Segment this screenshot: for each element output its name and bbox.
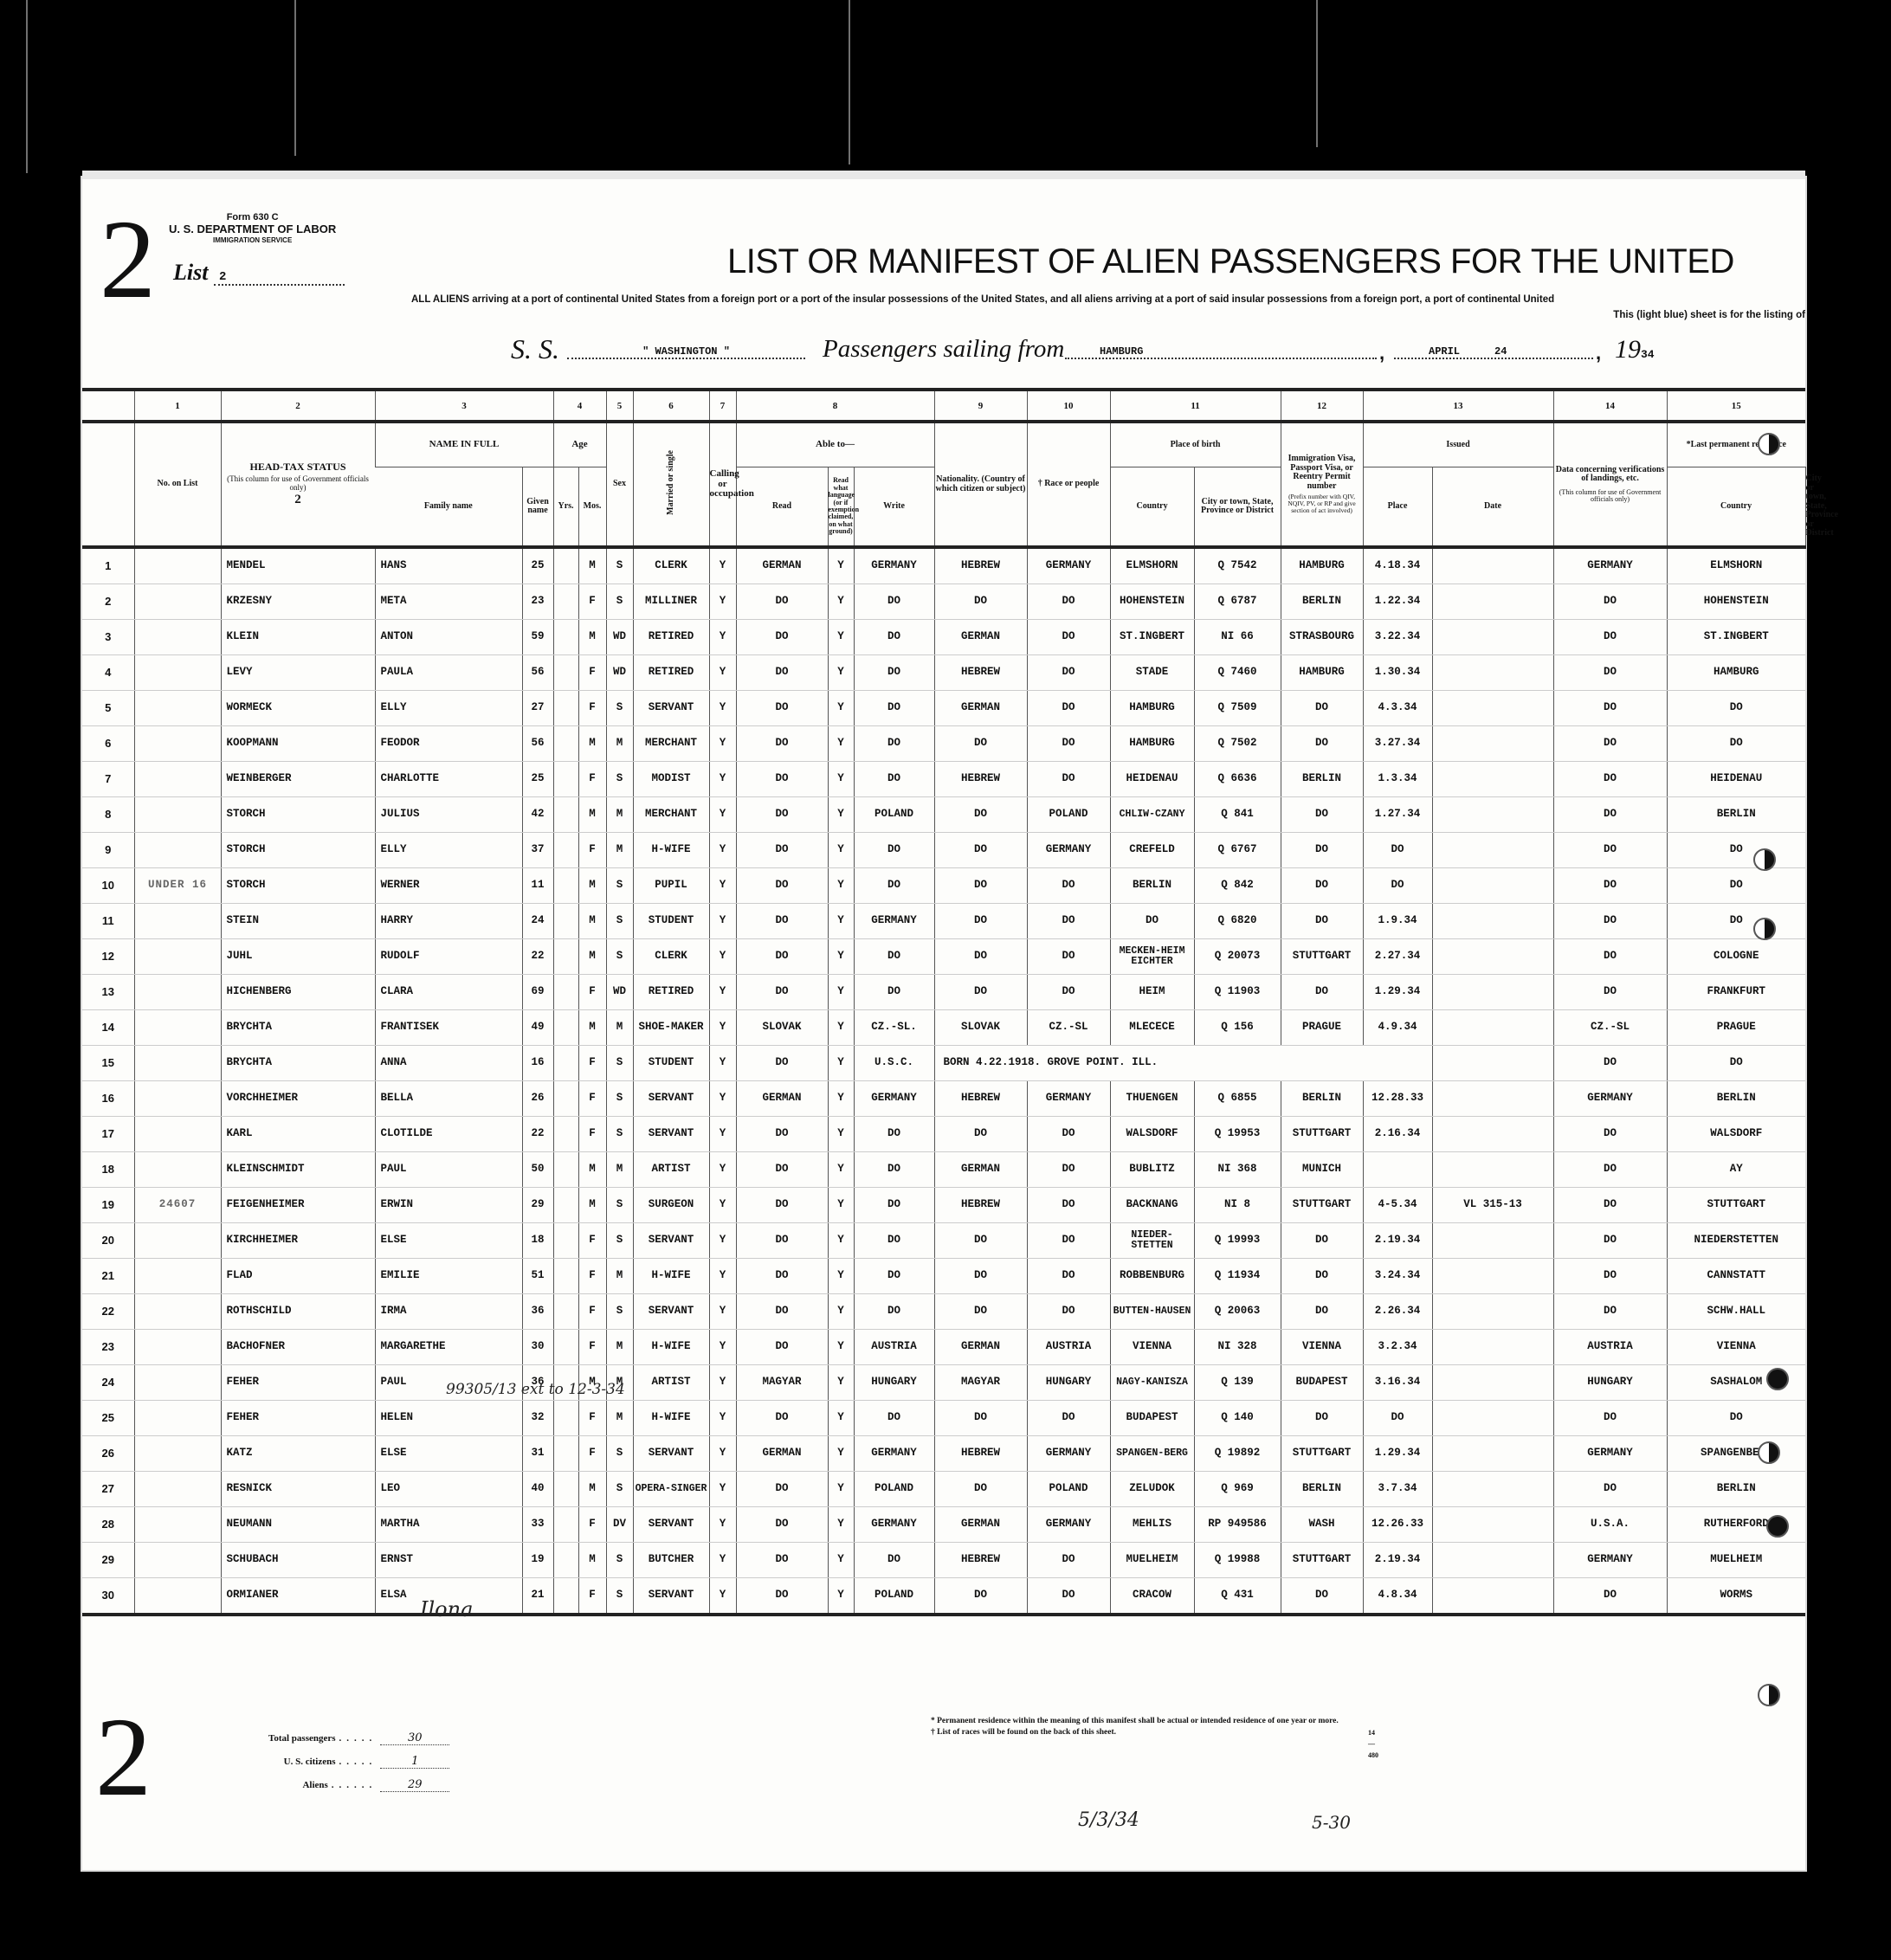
verification	[1432, 1081, 1553, 1117]
issued-date: DO	[1363, 1401, 1432, 1436]
issued-place: HAMBURG	[1281, 655, 1363, 691]
age-months	[553, 975, 578, 1010]
form-number: Form 630 C	[169, 212, 336, 223]
service: IMMIGRATION SERVICE	[169, 236, 336, 244]
residence-city: WALSDORF	[1667, 1117, 1805, 1152]
can-read: Y	[709, 691, 736, 726]
head-tax-status	[134, 620, 221, 655]
visa-number: Q 431	[1194, 1578, 1281, 1615]
can-read: Y	[709, 975, 736, 1010]
subtitle: ALL ALIENS arriving at a port of contine…	[411, 294, 1805, 305]
can-write: Y	[828, 620, 854, 655]
scan-artifact	[849, 0, 850, 164]
can-write: Y	[828, 1152, 854, 1188]
age-years: 69	[522, 975, 553, 1010]
age-months	[553, 1259, 578, 1294]
table-row: 7WEINBERGERCHARLOTTE25FSMODISTYDOYDOHEBR…	[82, 762, 1805, 797]
residence-country: AUSTRIA	[1553, 1330, 1667, 1365]
issued-date: 12.26.33	[1363, 1507, 1432, 1543]
nationality: DO	[854, 1294, 934, 1330]
residence-city: DO	[1667, 868, 1805, 904]
birth-country: POLAND	[1027, 1472, 1110, 1507]
can-write: Y	[828, 904, 854, 939]
given-name: LEO	[375, 1472, 522, 1507]
age-years: 56	[522, 655, 553, 691]
age-years: 29	[522, 1188, 553, 1223]
can-write: Y	[828, 1223, 854, 1259]
can-write: Y	[828, 1543, 854, 1578]
can-read: Y	[709, 1365, 736, 1401]
issued-place: DO	[1281, 691, 1363, 726]
age-years: 40	[522, 1472, 553, 1507]
sex: F	[578, 584, 606, 620]
head-tax-status	[134, 1401, 221, 1436]
family-name: FEHER	[221, 1365, 375, 1401]
row-number: 28	[82, 1507, 134, 1543]
sex: F	[578, 833, 606, 868]
birth-country: DO	[1027, 1578, 1110, 1615]
head-tax-status	[134, 1259, 221, 1294]
head-tax-status	[134, 1046, 221, 1081]
col-age-yrs: Yrs.	[553, 467, 578, 548]
birth-city: BUTTEN-HAUSEN	[1110, 1294, 1194, 1330]
residence-city: SPANGENBERG	[1667, 1436, 1805, 1472]
residence-country: DO	[1553, 655, 1667, 691]
visa-number: NI 66	[1194, 620, 1281, 655]
sex: F	[578, 1117, 606, 1152]
visa-number: Q 6820	[1194, 904, 1281, 939]
nationality: DO	[854, 868, 934, 904]
issued-place: DO	[1281, 904, 1363, 939]
residence-city: PRAGUE	[1667, 1010, 1805, 1046]
issued-place: BERLIN	[1281, 1472, 1363, 1507]
issued-date: 4-5.34	[1363, 1188, 1432, 1223]
verification	[1432, 1578, 1553, 1615]
issued-place: DO	[1281, 1401, 1363, 1436]
sex: M	[578, 620, 606, 655]
visa-number: Q 156	[1194, 1010, 1281, 1046]
occupation: SHOE-MAKER	[633, 1010, 709, 1046]
race: DO	[934, 797, 1027, 833]
sex: F	[578, 691, 606, 726]
age-months	[553, 1330, 578, 1365]
marital-status: S	[606, 1543, 633, 1578]
birth-city: MUELHEIM	[1110, 1543, 1194, 1578]
birth-country: DO	[1027, 975, 1110, 1010]
age-years: 24	[522, 904, 553, 939]
residence-city: SCHW.HALL	[1667, 1294, 1805, 1330]
issued-place: BERLIN	[1281, 762, 1363, 797]
age-months	[553, 1046, 578, 1081]
birth-city: CHLIW-CZANY	[1110, 797, 1194, 833]
marital-status: M	[606, 1010, 633, 1046]
birth-city: NIEDER-STETTEN	[1110, 1223, 1194, 1259]
table-row: 22ROTHSCHILDIRMA36FSSERVANTYDOYDODODOBUT…	[82, 1294, 1805, 1330]
given-name: HANS	[375, 547, 522, 584]
sex: F	[578, 1436, 606, 1472]
age-months	[553, 1436, 578, 1472]
col-pob-country: Country	[1110, 467, 1194, 548]
age-months	[553, 833, 578, 868]
marital-status: M	[606, 1330, 633, 1365]
voyage-line: S. S. " WASHINGTON " Passengers sailing …	[511, 333, 1775, 368]
footer-page-marker: 2	[95, 1701, 152, 1814]
nationality: DO	[854, 691, 934, 726]
row-number: 4	[82, 655, 134, 691]
age-years: 19	[522, 1543, 553, 1578]
issued-date: 1.3.34	[1363, 762, 1432, 797]
read-language: DO	[736, 762, 828, 797]
family-name: LEVY	[221, 655, 375, 691]
residence-country: GERMANY	[1553, 1436, 1667, 1472]
read-language: DO	[736, 1330, 828, 1365]
can-write: Y	[828, 1401, 854, 1436]
row-number: 12	[82, 939, 134, 975]
can-read: Y	[709, 1543, 736, 1578]
age-months	[553, 762, 578, 797]
nationality: DO	[854, 939, 934, 975]
age-years: 50	[522, 1152, 553, 1188]
head-tax-status	[134, 726, 221, 762]
nationality: DO	[854, 1543, 934, 1578]
occupation: STUDENT	[633, 904, 709, 939]
verification	[1432, 1259, 1553, 1294]
issued-place: DO	[1281, 797, 1363, 833]
total-passengers: Total passengers..... 30	[268, 1727, 449, 1750]
given-name: ELSE	[375, 1223, 522, 1259]
table-row: 16VORCHHEIMERBELLA26FSSERVANTYGERMANYGER…	[82, 1081, 1805, 1117]
row-number: 18	[82, 1152, 134, 1188]
handwritten-signature-date: 5/3/34	[1078, 1809, 1139, 1831]
occupation: SERVANT	[633, 1578, 709, 1615]
issued-date	[1363, 1152, 1432, 1188]
family-name: WEINBERGER	[221, 762, 375, 797]
occupation: OPERA-SINGER	[633, 1472, 709, 1507]
race: SLOVAK	[934, 1010, 1027, 1046]
col-read: Read	[736, 467, 828, 548]
verification	[1432, 939, 1553, 975]
family-name: STORCH	[221, 833, 375, 868]
issued-date: 1.22.34	[1363, 584, 1432, 620]
list-value: 2	[214, 270, 345, 286]
race: DO	[934, 1117, 1027, 1152]
age-years: 25	[522, 547, 553, 584]
page-marker: 2	[100, 203, 156, 316]
birth-city: ROBBENBURG	[1110, 1259, 1194, 1294]
sailing-label: Passengers sailing from	[823, 335, 1064, 364]
subtitle-2: This (light blue) sheet is for the listi…	[1613, 310, 1805, 320]
table-row: 27RESNICKLEO40MSOPERA-SINGERYDOYPOLANDDO…	[82, 1472, 1805, 1507]
residence-city: VIENNA	[1667, 1330, 1805, 1365]
marital-status: M	[606, 726, 633, 762]
us-citizens-value: 1	[380, 1756, 449, 1769]
head-tax-status	[134, 975, 221, 1010]
us-citizens: U. S. citizens..... 1	[268, 1750, 449, 1774]
row-number: 3	[82, 620, 134, 655]
can-write: Y	[828, 547, 854, 584]
family-name: FLAD	[221, 1259, 375, 1294]
handwritten-bottom-note: 5-30	[1312, 1812, 1351, 1833]
scan-artifact	[26, 0, 28, 173]
head-tax-status: UNDER 16	[134, 868, 221, 904]
can-read: Y	[709, 1259, 736, 1294]
col-issued: Issued	[1363, 422, 1553, 467]
visa-number: Q 19993	[1194, 1223, 1281, 1259]
residence-city: MUELHEIM	[1667, 1543, 1805, 1578]
table-row: 2KRZESNYMETA23FSMILLINERYDOYDODODOHOHENS…	[82, 584, 1805, 620]
family-name: KLEIN	[221, 620, 375, 655]
race: HEBREW	[934, 762, 1027, 797]
row-number: 7	[82, 762, 134, 797]
issued-place: STUTTGART	[1281, 1436, 1363, 1472]
head-tax-status	[134, 1578, 221, 1615]
family-name: NEUMANN	[221, 1507, 375, 1543]
can-read: Y	[709, 1507, 736, 1543]
can-read: Y	[709, 868, 736, 904]
head-tax-status	[134, 797, 221, 833]
sex: M	[578, 547, 606, 584]
read-language: DO	[736, 1188, 828, 1223]
race: GERMAN	[934, 620, 1027, 655]
can-read: Y	[709, 1081, 736, 1117]
residence-city: DO	[1667, 1401, 1805, 1436]
age-years: 49	[522, 1010, 553, 1046]
manifest-page: 2 Form 630 C U. S. DEPARTMENT OF LABOR I…	[82, 177, 1805, 1870]
can-write: Y	[828, 1578, 854, 1615]
birth-country: DO	[1027, 1543, 1110, 1578]
read-language: DO	[736, 1259, 828, 1294]
head-tax-status	[134, 1294, 221, 1330]
verification	[1432, 1436, 1553, 1472]
birth-country: DO	[1027, 1401, 1110, 1436]
occupation: RETIRED	[633, 620, 709, 655]
birth-city: BERLIN	[1110, 868, 1194, 904]
issued-date: 1.27.34	[1363, 797, 1432, 833]
occupation: H-WIFE	[633, 833, 709, 868]
nationality: U.S.C.	[854, 1046, 934, 1081]
can-write: Y	[828, 1259, 854, 1294]
race: DO	[934, 584, 1027, 620]
birth-country: AUSTRIA	[1027, 1330, 1110, 1365]
head-tax-status	[134, 939, 221, 975]
verification	[1432, 1543, 1553, 1578]
issued-date: 3.24.34	[1363, 1259, 1432, 1294]
issued-place: DO	[1281, 1223, 1363, 1259]
can-read: Y	[709, 1188, 736, 1223]
birth-country: DO	[1027, 691, 1110, 726]
sex: M	[578, 1152, 606, 1188]
col-married: Married or single	[633, 422, 709, 547]
occupation: PUPIL	[633, 868, 709, 904]
occupation: SERVANT	[633, 1223, 709, 1259]
age-years: 22	[522, 1117, 553, 1152]
scan-artifact	[294, 0, 296, 156]
table-row: 30ORMIANERELSA21FSSERVANTYDOYPOLANDDODOC…	[82, 1578, 1805, 1615]
age-months	[553, 868, 578, 904]
marital-status: S	[606, 868, 633, 904]
given-name: CLARA	[375, 975, 522, 1010]
read-language: DO	[736, 1223, 828, 1259]
issued-place: DO	[1281, 1578, 1363, 1615]
occupation: SURGEON	[633, 1188, 709, 1223]
occupation: MODIST	[633, 762, 709, 797]
given-name: ERNST	[375, 1543, 522, 1578]
visa-number: Q 139	[1194, 1365, 1281, 1401]
birth-city: MLECECE	[1110, 1010, 1194, 1046]
col-pob-city: City or town, State, Province or Distric…	[1194, 467, 1281, 548]
family-name: ORMIANER	[221, 1578, 375, 1615]
given-name: MARGARETHE	[375, 1330, 522, 1365]
can-write: Y	[828, 1117, 854, 1152]
aliens-value: 29	[380, 1779, 449, 1792]
residence-city: BERLIN	[1667, 797, 1805, 833]
read-language: DO	[736, 1578, 828, 1615]
family-name: FEIGENHEIMER	[221, 1188, 375, 1223]
given-name: HELEN	[375, 1401, 522, 1436]
age-months	[553, 797, 578, 833]
residence-city: BERLIN	[1667, 1472, 1805, 1507]
race: HEBREW	[934, 655, 1027, 691]
nationality: GERMANY	[854, 1507, 934, 1543]
read-language: DO	[736, 975, 828, 1010]
birth-country: DO	[1027, 655, 1110, 691]
row-number: 8	[82, 797, 134, 833]
read-language: DO	[736, 1543, 828, 1578]
issued-place: STUTTGART	[1281, 1117, 1363, 1152]
residence-country: DO	[1553, 1117, 1667, 1152]
nationality: DO	[854, 1188, 934, 1223]
can-write: Y	[828, 1081, 854, 1117]
issued-date: 3.22.34	[1363, 620, 1432, 655]
head-tax-status	[134, 1081, 221, 1117]
sex: F	[578, 1330, 606, 1365]
sex: M	[578, 1188, 606, 1223]
head-tax-status	[134, 655, 221, 691]
age-months	[553, 1010, 578, 1046]
can-write: Y	[828, 1188, 854, 1223]
can-read: Y	[709, 1294, 736, 1330]
head-tax-status	[134, 1472, 221, 1507]
issued-date: 1.30.34	[1363, 655, 1432, 691]
header-row-1: No. on List HEAD-TAX STATUS (This column…	[82, 422, 1805, 467]
race: BORN 4.22.1918. GROVE POINT. ILL.	[934, 1046, 1432, 1081]
marital-status: S	[606, 1046, 633, 1081]
family-name: BRYCHTA	[221, 1010, 375, 1046]
table-row: 10UNDER 16STORCHWERNER11MSPUPILYDOYDODOD…	[82, 868, 1805, 904]
list-field: List 2	[173, 260, 345, 286]
given-name: ELSE	[375, 1436, 522, 1472]
sailing-year: 1934	[1615, 335, 1655, 364]
visa-number: Q 7542	[1194, 547, 1281, 584]
department: U. S. DEPARTMENT OF LABOR	[169, 223, 336, 236]
col-visa: Immigration Visa, Passport Visa, or Reen…	[1281, 422, 1363, 547]
marital-status: M	[606, 1259, 633, 1294]
can-read: Y	[709, 1223, 736, 1259]
col-sex: Sex	[606, 422, 633, 547]
issued-place: DO	[1281, 1259, 1363, 1294]
footnote-residence: * Permanent residence within the meaning…	[931, 1716, 1339, 1727]
nationality: DO	[854, 1152, 934, 1188]
race: DO	[934, 904, 1027, 939]
nationality: DO	[854, 726, 934, 762]
nationality: DO	[854, 762, 934, 797]
age-years: 27	[522, 691, 553, 726]
table-row: 18KLEINSCHMIDTPAUL50MMARTISTYDOYDOGERMAN…	[82, 1152, 1805, 1188]
residence-country: DO	[1553, 1188, 1667, 1223]
can-write: Y	[828, 655, 854, 691]
read-language: DO	[736, 655, 828, 691]
age-months	[553, 939, 578, 975]
read-language: DO	[736, 1152, 828, 1188]
residence-country: DO	[1553, 904, 1667, 939]
race: DO	[934, 1578, 1027, 1615]
age-years: 31	[522, 1436, 553, 1472]
given-name: JULIUS	[375, 797, 522, 833]
residence-country: DO	[1553, 939, 1667, 975]
punch-hole	[1766, 1368, 1789, 1390]
can-read: Y	[709, 797, 736, 833]
issued-date: 2.27.34	[1363, 939, 1432, 975]
birth-city: THUENGEN	[1110, 1081, 1194, 1117]
verification	[1432, 1294, 1553, 1330]
residence-city: DO	[1667, 691, 1805, 726]
col-age: Age	[553, 422, 606, 467]
row-number: 27	[82, 1472, 134, 1507]
given-name: FEODOR	[375, 726, 522, 762]
col-verification: Data concerning verifications of landing…	[1553, 422, 1667, 547]
birth-country: GERMANY	[1027, 547, 1110, 584]
punch-hole	[1753, 918, 1776, 940]
marital-status: S	[606, 547, 633, 584]
issued-place: STUTTGART	[1281, 1543, 1363, 1578]
visa-number: Q 6767	[1194, 833, 1281, 868]
can-read: Y	[709, 1330, 736, 1365]
read-language: DO	[736, 868, 828, 904]
visa-number: NI 8	[1194, 1188, 1281, 1223]
birth-city: BUBLITZ	[1110, 1152, 1194, 1188]
passenger-rows: 1MENDELHANS25MSCLERKYGERMANYGERMANYHEBRE…	[82, 547, 1805, 1615]
row-number: 30	[82, 1578, 134, 1615]
verification	[1432, 584, 1553, 620]
visa-number: Q 6855	[1194, 1081, 1281, 1117]
marital-status: S	[606, 1081, 633, 1117]
birth-country: CZ.-SL	[1027, 1010, 1110, 1046]
row-number: 20	[82, 1223, 134, 1259]
age-years: 26	[522, 1081, 553, 1117]
verification	[1432, 547, 1553, 584]
visa-number: Q 20063	[1194, 1294, 1281, 1330]
residence-country: GERMANY	[1553, 1081, 1667, 1117]
residence-country: DO	[1553, 1152, 1667, 1188]
head-tax-status	[134, 833, 221, 868]
given-name: CLOTILDE	[375, 1117, 522, 1152]
residence-country: DO	[1553, 1046, 1667, 1081]
verification	[1432, 1472, 1553, 1507]
occupation: H-WIFE	[633, 1330, 709, 1365]
can-read: Y	[709, 1578, 736, 1615]
can-read: Y	[709, 1046, 736, 1081]
marital-status: M	[606, 1401, 633, 1436]
issued-place: STRASBOURG	[1281, 620, 1363, 655]
family-name: ROTHSCHILD	[221, 1294, 375, 1330]
can-read: Y	[709, 655, 736, 691]
row-number: 26	[82, 1436, 134, 1472]
head-tax-status	[134, 547, 221, 584]
table-row: 13HICHENBERGCLARA69FWDRETIREDYDOYDODODOH…	[82, 975, 1805, 1010]
col-race: † Race or people	[1027, 422, 1110, 547]
table-row: 20KIRCHHEIMERELSE18FSSERVANTYDOYDODODONI…	[82, 1223, 1805, 1259]
residence-country: DO	[1553, 1294, 1667, 1330]
